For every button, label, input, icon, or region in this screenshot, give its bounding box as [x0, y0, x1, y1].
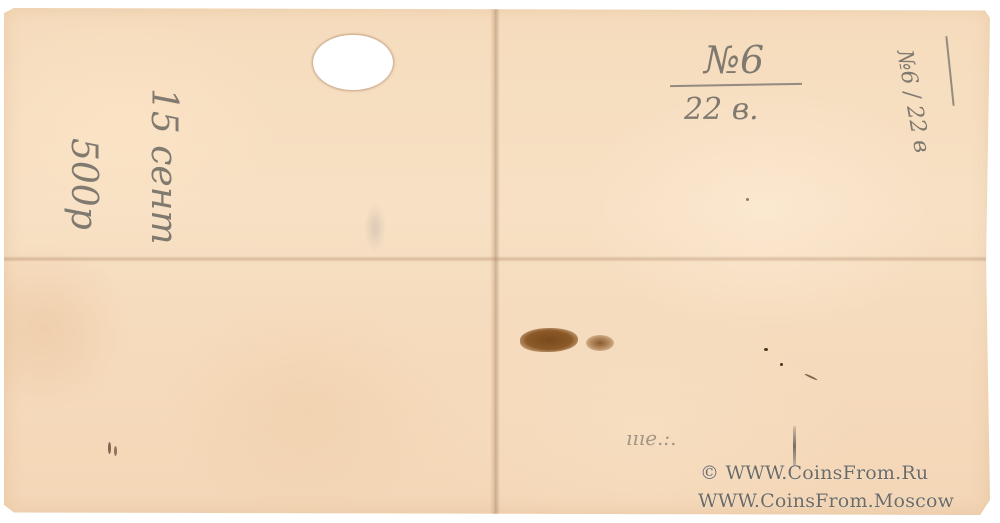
- bottom-scribble: ıııe.:.: [626, 426, 676, 450]
- banknote-reverse: №6 22 в. №6 / 22 в 15 сент 500р ıııe.:.: [4, 8, 990, 515]
- gray-smudge: [364, 203, 386, 253]
- watermark-line-1: © WWW.CoinsFrom.Ru: [700, 462, 988, 484]
- corner-pencil-note: №6 / 22 в: [891, 48, 934, 155]
- left-handwriting-1: 15 сент: [143, 88, 184, 245]
- brown-stain: [520, 328, 578, 352]
- fraction-line: [670, 83, 802, 87]
- ink-speck: [108, 442, 111, 454]
- left-handwriting-2: 500р: [63, 138, 104, 230]
- horizontal-fold-crease: [4, 256, 990, 262]
- ink-speck: [114, 446, 117, 456]
- corner-fraction-line: [945, 36, 954, 106]
- punched-hole: [313, 35, 393, 90]
- watermark-line-2: WWW.CoinsFrom.Moscow: [698, 490, 988, 512]
- brown-stain-small: [586, 335, 614, 351]
- ink-speck: [780, 363, 783, 366]
- ink-speck: [804, 373, 818, 381]
- pencil-stroke: [793, 426, 796, 466]
- ink-speck: [764, 348, 768, 351]
- serial-number-pencil: №6: [704, 38, 764, 82]
- denomination-pencil: 22 в.: [684, 92, 759, 127]
- ink-speck: [746, 198, 749, 201]
